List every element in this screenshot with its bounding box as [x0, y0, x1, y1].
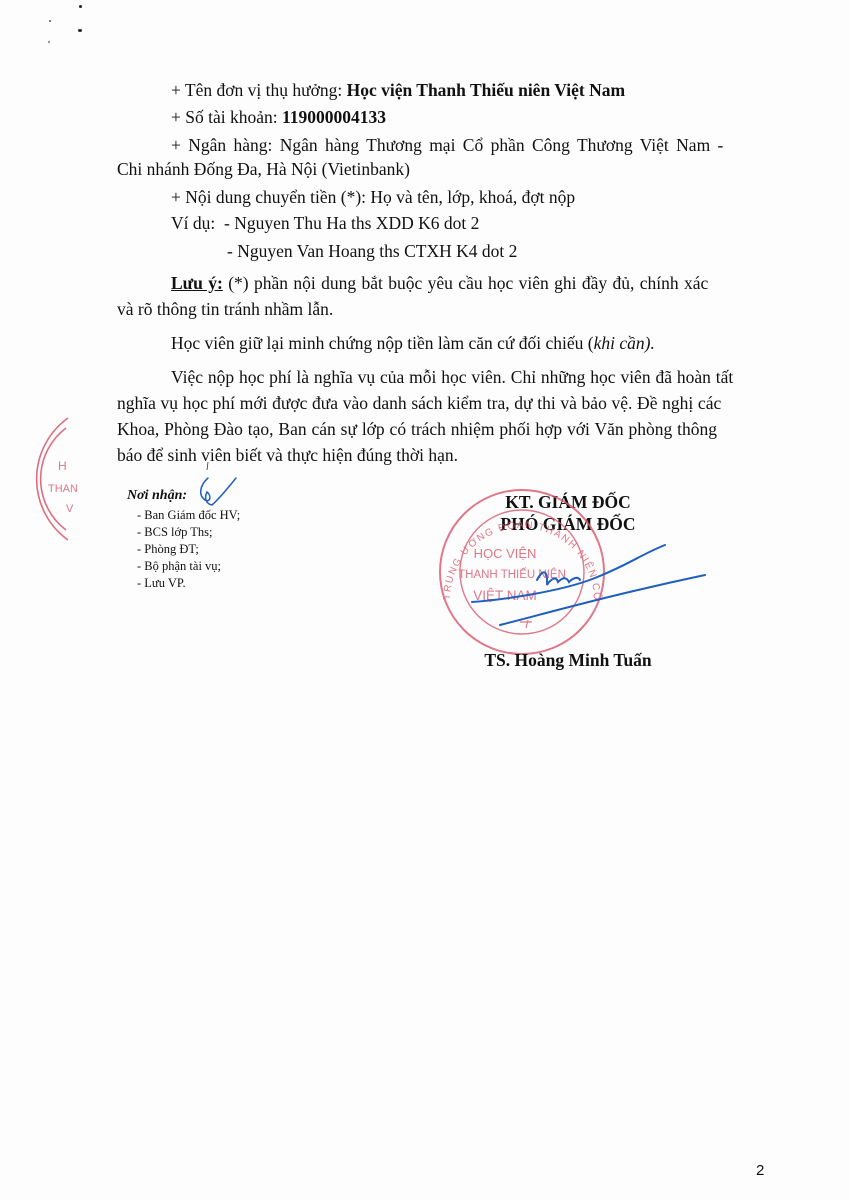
left-stamp-graphic: H THAN V: [0, 0, 849, 1200]
left-stamp-fragment-3: V: [66, 503, 74, 515]
initials-scribble: [201, 478, 236, 505]
recipient-item: - Ban Giám đốc HV;: [137, 508, 240, 523]
signature-title-1: KT. GIÁM ĐỐC: [418, 492, 718, 513]
page-number: 2: [756, 1162, 764, 1179]
recipients-title: Nơi nhận:: [127, 488, 187, 504]
document-page: + Tên đơn vị thụ hưởng: Học viện Thanh T…: [0, 0, 849, 1200]
obligation-line-3: Khoa, Phòng Đào tạo, Ban cán sự lớp có t…: [117, 418, 717, 440]
beneficiary-line: + Tên đơn vị thụ hưởng: Học viện Thanh T…: [171, 79, 625, 101]
stamp-line-2: THANH THIẾU NIÊN: [458, 568, 566, 581]
obligation-line-1: Việc nộp học phí là nghĩa vụ của mỗi học…: [171, 366, 733, 388]
stamp-line-3: VIỆT NAM: [473, 588, 537, 603]
note-label: Lưu ý:: [171, 273, 223, 293]
example-label: Ví dụ:: [171, 212, 215, 234]
handwritten-signature: [472, 545, 705, 625]
note-line-2: và rõ thông tin tránh nhầm lẫn.: [117, 298, 333, 320]
recipient-item: - Lưu VP.: [137, 576, 186, 591]
account-line: + Số tài khoản: 119000004133: [171, 106, 386, 128]
account-number: 119000004133: [282, 107, 386, 127]
evidence-line: Học viên giữ lại minh chứng nộp tiền làm…: [171, 332, 655, 354]
bank-line-1: + Ngân hàng: Ngân hàng Thương mại Cổ phầ…: [171, 134, 723, 156]
account-label: + Số tài khoản:: [171, 107, 282, 127]
obligation-line-4: báo để sinh viên biết và thực hiện đúng …: [117, 444, 458, 466]
example-1: - Nguyen Thu Ha ths XDD K6 dot 2: [224, 212, 479, 234]
note-line-1: Lưu ý: (*) phần nội dung bắt buộc yêu cầ…: [171, 272, 708, 294]
evidence-text: Học viên giữ lại minh chứng nộp tiền làm…: [171, 333, 594, 353]
bank-line-2: Chi nhánh Đống Đa, Hà Nội (Vietinbank): [117, 158, 410, 180]
signature-title-2: PHÓ GIÁM ĐỐC: [418, 514, 718, 535]
official-stamp-graphic: TRUNG ƯƠNG ĐOÀN THANH NIÊN CỘNG SẢN HỒ C…: [0, 0, 849, 1200]
signer-name: TS. Hoàng Minh Tuấn: [418, 650, 718, 671]
obligation-line-2: nghĩa vụ học phí mới được đưa vào danh s…: [117, 392, 721, 414]
recipient-item: - BCS lớp Ths;: [137, 525, 213, 540]
beneficiary-label: + Tên đơn vị thụ hưởng:: [171, 80, 347, 100]
example-2: - Nguyen Van Hoang ths CTXH K4 dot 2: [227, 240, 517, 262]
recipient-item: - Phòng ĐT;: [137, 542, 199, 557]
transfer-content-line: + Nội dung chuyển tiền (*): Họ và tên, l…: [171, 186, 575, 208]
stamp-line-1: HỌC VIỆN: [474, 546, 537, 561]
beneficiary-value: Học viện Thanh Thiếu niên Việt Nam: [347, 80, 625, 100]
left-stamp-fragment-1: H: [58, 459, 67, 473]
note-text-1: (*) phần nội dung bắt buộc yêu cầu học v…: [223, 273, 708, 293]
evidence-italic: khi cần).: [594, 333, 655, 353]
left-stamp-fragment-2: THAN: [48, 483, 78, 495]
recipient-item: - Bộ phận tài vụ;: [137, 559, 221, 574]
